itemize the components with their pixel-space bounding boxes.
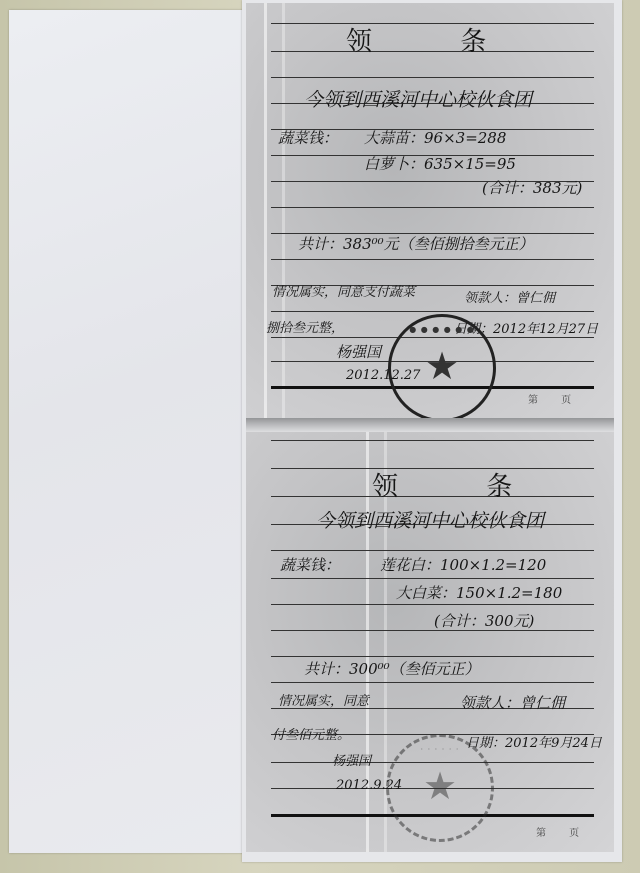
ruled-line [271, 604, 594, 605]
receipt-1: 领 条 今领到西溪河中心校伙食团 蔬菜钱： 大蒜苗：96×3=288 白萝卜：6… [246, 3, 614, 418]
line-item: 大白菜：150×1.2=180 [396, 582, 562, 603]
ruled-line [271, 682, 594, 683]
receipt-heading: 今领到西溪河中心校伙食团 [304, 85, 532, 112]
total: 共计：383⁰⁰元（叁佰捌拾叁元正） [298, 233, 534, 254]
paper-crease [264, 3, 267, 418]
star-icon: ★ [389, 767, 491, 805]
star-icon: ★ [391, 347, 493, 385]
ruled-line [271, 259, 594, 260]
receipt-2: 领 条 今领到西溪河中心校伙食团 蔬菜钱： 莲花白：100×1.2=120 大白… [246, 432, 614, 852]
official-seal: ● ● ● ● ● ● ★ [388, 314, 496, 418]
page-label: 第 页 [528, 391, 581, 406]
ruled-line [271, 656, 594, 657]
line-item: 莲花白：100×1.2=120 [380, 554, 546, 575]
receipt-title: 领 条 [346, 21, 526, 58]
page-label: 第 页 [536, 824, 589, 839]
payee: 领款人：曾仁佣 [460, 692, 565, 713]
ruled-line [271, 550, 594, 551]
ruled-line [271, 630, 594, 631]
official-seal: · · · · · · ★ [386, 734, 494, 842]
total: 共计：300⁰⁰（叁佰元正） [304, 658, 480, 679]
line-item: 白萝卜：635×15=95 [364, 153, 516, 174]
approval-text: 情况属实，同意支付蔬菜 [272, 281, 415, 300]
seal-ring-text: · · · · · · [389, 745, 491, 754]
ruled-line [271, 207, 594, 208]
approver-signature: 杨强国 [336, 341, 381, 362]
ruled-line [271, 77, 594, 78]
approval-text: 付叁佰元整。 [272, 724, 350, 743]
ruled-line [271, 440, 594, 441]
ruled-line [271, 578, 594, 579]
fold-crease [246, 418, 614, 432]
seal-ring-text: ● ● ● ● ● ● [391, 325, 493, 334]
subtotal: (合计：300元) [434, 610, 534, 631]
ruled-line [271, 311, 594, 312]
approver-signature: 杨强国 [332, 750, 371, 769]
paper-crease [282, 3, 285, 418]
category-label: 蔬菜钱： [280, 554, 340, 575]
approval-text: 情况属实，同意 [278, 690, 369, 709]
payee: 领款人：曾仁佣 [464, 287, 555, 306]
receipt-title: 领 条 [372, 466, 552, 503]
subtotal: (合计：383元) [482, 177, 582, 198]
line-item: 大蒜苗：96×3=288 [364, 127, 506, 148]
blank-backing-paper [9, 10, 259, 853]
approval-text: 捌拾叁元整， [266, 317, 344, 336]
receipt-heading: 今领到西溪河中心校伙食团 [316, 506, 544, 533]
category-label: 蔬菜钱： [278, 127, 338, 148]
